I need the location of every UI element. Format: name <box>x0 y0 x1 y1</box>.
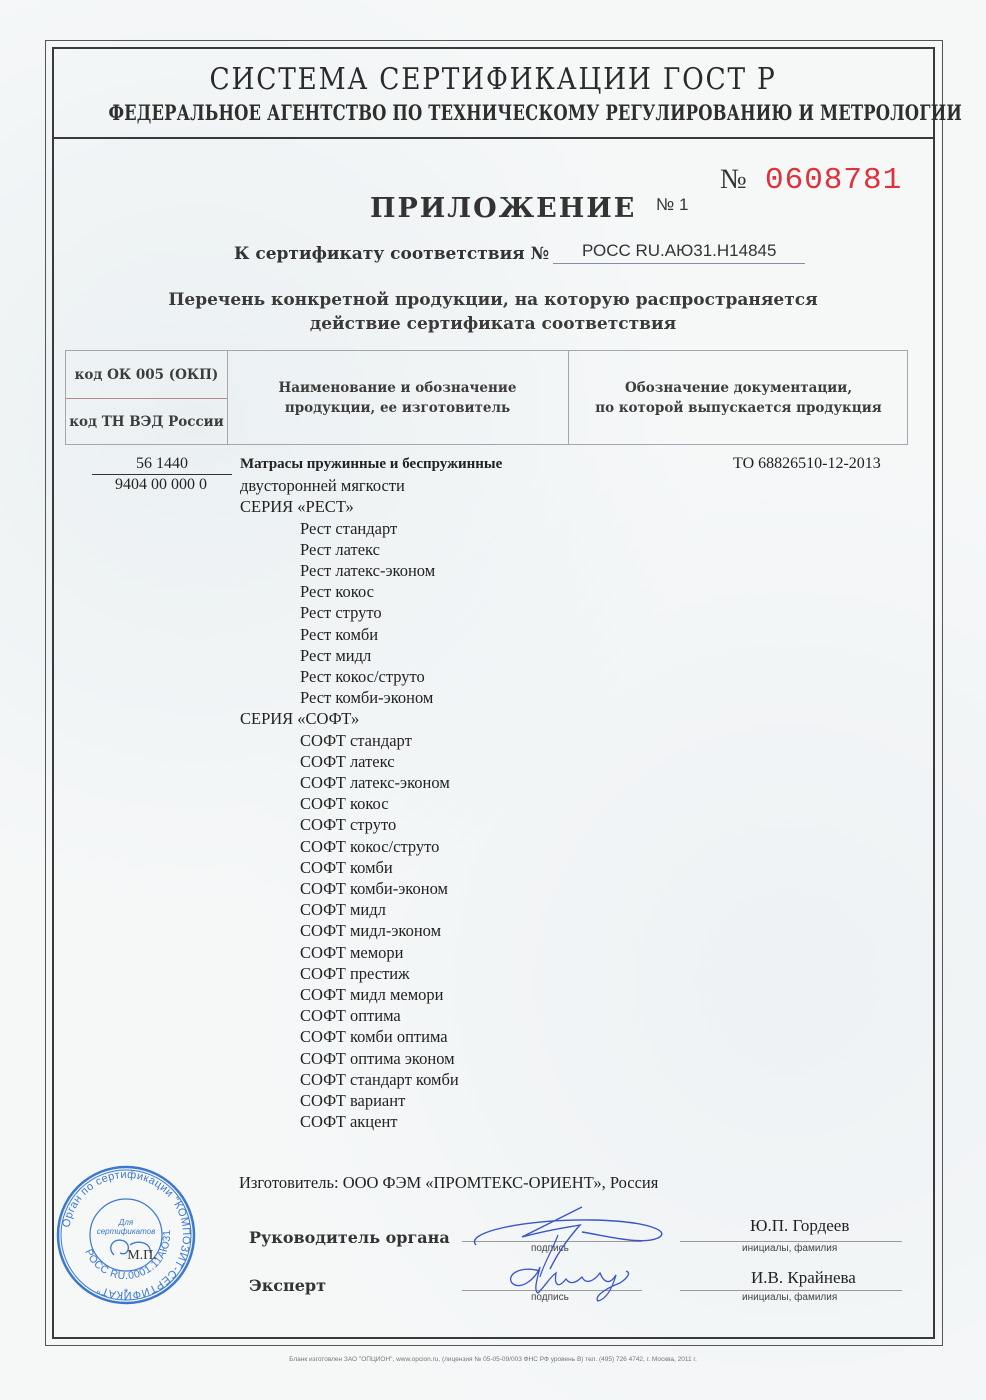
expert-name-caption: инициалы, фамилия <box>742 1292 837 1303</box>
list-item: Рест комби <box>240 624 502 645</box>
product-title: Матрасы пружинные и беспружинные <box>240 454 502 475</box>
certification-stamp-icon: Орган по сертификации "КОМПОЗИТ-СЕРТИФИК… <box>56 1165 196 1305</box>
header-product-name-line-2: продукции, ее изготовитель <box>285 398 510 418</box>
appendix-number: № 1 <box>656 195 688 215</box>
tnved-code: 9404 00 000 0 <box>86 476 236 494</box>
list-item: Рест струто <box>240 602 502 623</box>
list-item: СОФТ стандарт комби <box>240 1069 502 1090</box>
code-fraction-line <box>92 474 232 475</box>
expert-name: И.В. Крайнева <box>751 1268 856 1288</box>
list-heading-line-1: Перечень конкретной продукции, на котору… <box>0 288 986 312</box>
head-name-caption: инициалы, фамилия <box>742 1243 837 1254</box>
documentation-code: ТО 68826510-12-2013 <box>733 455 881 473</box>
okp-code: 56 1440 <box>92 455 232 473</box>
expert-signature-icon <box>500 1255 650 1305</box>
serial-number-label: № <box>720 164 747 196</box>
list-item: СОФТ оптима эконом <box>240 1048 502 1069</box>
list-item: СОФТ вариант <box>240 1090 502 1111</box>
product-list: Матрасы пружинные и беспружинные двустор… <box>240 454 502 1133</box>
list-item: СОФТ кокос/струто <box>240 836 502 857</box>
list-item: СОФТ кокос <box>240 793 502 814</box>
list-item: Рест комби-эконом <box>240 687 502 708</box>
stamp-center-text-2: сертификатов <box>97 1227 156 1236</box>
head-name: Ю.П. Гордеев <box>750 1216 849 1236</box>
agency-title: ФЕДЕРАЛЬНОЕ АГЕНТСТВО ПО ТЕХНИЧЕСКОМУ РЕ… <box>108 100 877 125</box>
list-item: СОФТ стандарт <box>240 730 502 751</box>
header-divider <box>52 137 935 139</box>
header-product-name-line-1: Наименование и обозначение <box>279 378 517 398</box>
list-item: Рест латекс-эконом <box>240 560 502 581</box>
list-item: СОФТ акцент <box>240 1111 502 1132</box>
expert-name-line <box>680 1290 902 1291</box>
certificate-label: К сертификату соответствия № <box>234 244 549 264</box>
list-item: СОФТ струто <box>240 814 502 835</box>
stamp-center-text-1: Для <box>118 1218 134 1227</box>
seal-mark: М.П. <box>127 1248 157 1263</box>
stamp-star: * <box>124 1286 129 1300</box>
certificate-number-underline <box>553 263 805 264</box>
list-item: Рест мидл <box>240 645 502 666</box>
list-item: СОФТ престиж <box>240 963 502 984</box>
serial-number: 0608781 <box>765 163 902 198</box>
list-item: СОФТ мемори <box>240 942 502 963</box>
list-item: Рест латекс <box>240 539 502 560</box>
header-tnved-code: код ТН ВЭД России <box>66 398 227 445</box>
head-name-line <box>680 1241 902 1242</box>
list-heading-line-2: действие сертификата соответствия <box>0 312 986 336</box>
header-documentation: Обозначение документации, по которой вып… <box>568 351 909 445</box>
list-item: СОФТ мидл-эконом <box>240 920 502 941</box>
header-product-name: Наименование и обозначение продукции, ее… <box>227 351 568 445</box>
list-item: Рест кокос <box>240 581 502 602</box>
header-documentation-line-1: Обозначение документации, <box>625 378 852 398</box>
footer-note: Бланк изготовлен ЗАО "ОПЦИОН", www.opcio… <box>0 1356 986 1363</box>
list-item: Рест кокос/струто <box>240 666 502 687</box>
list-item: СОФТ оптима <box>240 1005 502 1026</box>
series-heading: СЕРИЯ «РЕСТ» <box>240 496 502 517</box>
head-label: Руководитель органа <box>249 1228 450 1247</box>
list-item: СОФТ мидл мемори <box>240 984 502 1005</box>
certificate-number: РОСС RU.АЮ31.Н14845 <box>582 241 776 261</box>
list-item: СОФТ комби оптима <box>240 1026 502 1047</box>
table-header: код ОК 005 (ОКП) код ТН ВЭД России Наиме… <box>65 350 908 445</box>
list-item: СОФТ комби-эконом <box>240 878 502 899</box>
system-title: СИСТЕМА СЕРТИФИКАЦИИ ГОСТ Р <box>59 62 927 97</box>
list-item: СОФТ латекс-эконом <box>240 772 502 793</box>
list-item: СОФТ мидл <box>240 899 502 920</box>
list-item: СОФТ комби <box>240 857 502 878</box>
product-subtitle: двусторонней мягкости <box>240 475 502 496</box>
header-documentation-line-2: по которой выпускается продукция <box>595 398 882 418</box>
manufacturer: Изготовитель: ООО ФЭМ «ПРОМТЕКС-ОРИЕНТ»,… <box>239 1173 658 1193</box>
header-okp-code: код ОК 005 (ОКП) <box>66 351 227 398</box>
appendix-title: ПРИЛОЖЕНИЕ <box>370 193 636 224</box>
expert-label: Эксперт <box>249 1276 326 1295</box>
series-heading: СЕРИЯ «СОФТ» <box>240 708 502 729</box>
list-item: Рест стандарт <box>240 518 502 539</box>
list-item: СОФТ латекс <box>240 751 502 772</box>
